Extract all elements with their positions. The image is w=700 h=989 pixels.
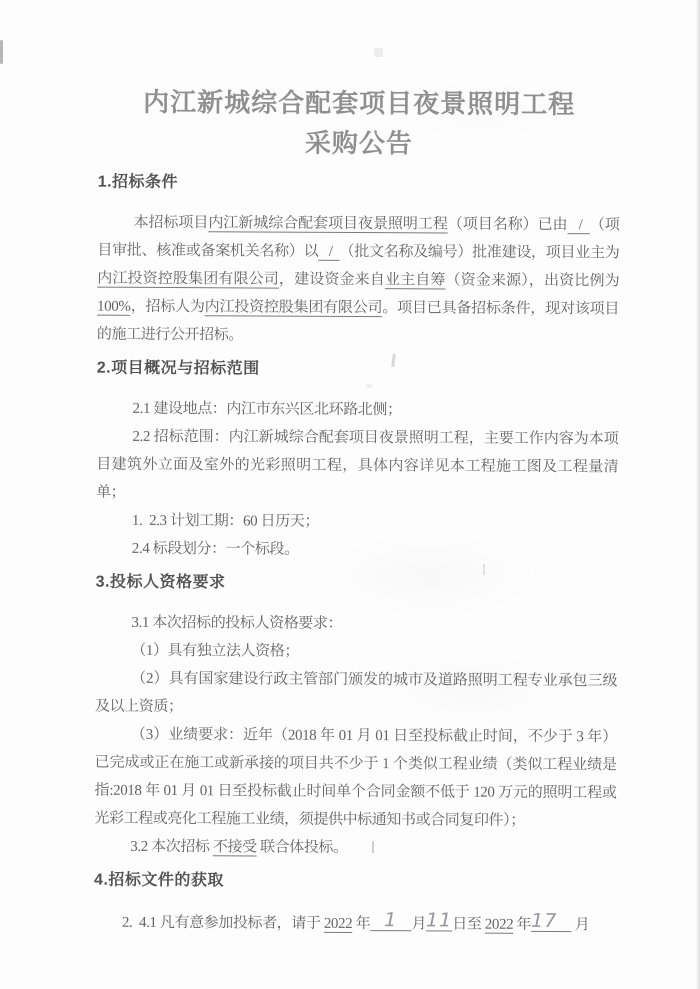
text-run: 联合体投标。	[257, 839, 348, 855]
text-run: ，建设资金来自	[279, 272, 385, 289]
underlined-text: /	[568, 217, 590, 233]
section-tender-conditions: 1.招标条件 本招标项目内江新城综合配套项目夜景照明工程（项目名称）已由 / （…	[97, 171, 620, 352]
document-title-line1: 内江新城综合配套项目夜景照明工程	[98, 83, 620, 126]
paragraph: 3.1 本次招标的投标人资格要求：	[95, 609, 617, 640]
text-run: 月	[571, 917, 589, 933]
underlined-text: 业主自筹	[385, 272, 446, 288]
text-run: 年	[352, 916, 370, 932]
document-title-line2: 采购公告	[98, 123, 620, 166]
text-run: 本招标项目	[133, 215, 208, 231]
text-run: （项目名称）已由	[448, 216, 568, 233]
paragraph: 2. 4.1 凡有意参加投标者，请于 2022 年 1 月11日至 2022 年…	[94, 907, 616, 940]
text-run: （1）具有独立法人资格；	[131, 643, 299, 660]
handwritten-text: 11	[426, 909, 452, 931]
underlined-text: /	[318, 244, 339, 260]
underlined-text: 不接受	[213, 839, 257, 855]
underlined-text: 2022	[485, 917, 513, 933]
paragraph: 1. 2.3 计划工期：60 日历天；	[96, 507, 618, 538]
scan-artifact	[374, 48, 383, 57]
paragraph: 2.1 建设地点：内江市东兴区北环路北侧；	[96, 395, 618, 426]
text-run: 2.2 招标范围：内江新城综合配套项目夜景照明工程，主要工作内容为本项目建筑外立…	[96, 429, 618, 501]
section-heading: 2.项目概况与招标范围	[97, 357, 619, 384]
section-bidder-qualifications: 3.投标人资格要求 3.1 本次招标的投标人资格要求： （1）具有独立法人资格；…	[94, 571, 618, 864]
underlined-text: 内江新城综合配套项目夜景照明工程	[208, 215, 448, 232]
text-run: （3）业绩要求：近年（2018 年 01 月 01 日至投标截止时间，不少于 3…	[94, 727, 617, 829]
text-run: 2.4 标段划分：一个标段。	[132, 541, 299, 558]
text-run: 2. 4.1 凡有意参加投标者，请于	[122, 915, 324, 932]
paragraph: 2.4 标段划分：一个标段。	[96, 535, 618, 566]
section-obtaining-tender-documents: 4.招标文件的获取 2. 4.1 凡有意参加投标者，请于 2022 年 1 月1…	[94, 869, 616, 940]
underlined-text: 2022	[324, 916, 352, 932]
paragraph: 2.2 招标范围：内江新城综合配套项目夜景照明工程，主要工作内容为本项目建筑外立…	[96, 423, 618, 510]
handwritten-text: 1	[370, 909, 411, 931]
text-run: 年	[513, 917, 531, 933]
paragraph: （1）具有独立法人资格；	[95, 637, 617, 668]
section-heading: 3.投标人资格要求	[96, 571, 618, 598]
section-heading: 1.招标条件	[98, 171, 620, 198]
paragraph: 3.2 本次招标 不接受 联合体投标。	[94, 833, 616, 864]
paragraph: 本招标项目内江新城综合配套项目夜景照明工程（项目名称）已由 / （项目审批、核准…	[97, 209, 620, 352]
document-content: 内江新城综合配套项目夜景照明工程 采购公告 1.招标条件 本招标项目内江新城综合…	[94, 83, 620, 940]
section-project-overview-scope: 2.项目概况与招标范围 2.1 建设地点：内江市东兴区北环路北侧； 2.2 招标…	[96, 357, 619, 566]
underlined-text: 内江投资控股集团有限公司	[97, 271, 279, 288]
text-run: （资金来源），出资比例为	[445, 272, 619, 289]
underlined-text: 100%	[97, 299, 130, 315]
text-run: 2.1 建设地点：内江市东兴区北环路北侧；	[132, 401, 401, 418]
handwritten-text: 17	[531, 910, 571, 932]
text-run: 3.1 本次招标的投标人资格要求：	[131, 615, 342, 632]
text-run: （批文名称及编号）批准建设，项目业主为	[340, 244, 620, 261]
document-title: 内江新城综合配套项目夜景照明工程 采购公告	[98, 83, 620, 166]
text-run: 3.2 本次招标	[130, 839, 213, 855]
scan-artifact	[0, 40, 3, 64]
text-run: 月	[411, 916, 426, 932]
text-run: 日至	[452, 917, 485, 933]
paragraph: （2）具有国家建设行政主管部门颁发的城市及道路照明工程专业承包三级及以上资质；	[95, 665, 617, 724]
text-run: ，招标人为	[130, 299, 204, 315]
paragraph: （3）业绩要求：近年（2018 年 01 月 01 日至投标截止时间，不少于 3…	[94, 721, 617, 836]
scanned-document-page: 内江新城综合配套项目夜景照明工程 采购公告 1.招标条件 本招标项目内江新城综合…	[0, 0, 700, 989]
underlined-text: 内江投资控股集团有限公司	[205, 299, 383, 316]
text-run: 1. 2.3 计划工期：60 日历天；	[132, 513, 319, 530]
section-heading: 4.招标文件的获取	[94, 869, 616, 896]
text-run: （2）具有国家建设行政主管部门颁发的城市及道路照明工程专业承包三级及以上资质；	[95, 671, 617, 715]
scan-edge-shadow	[696, 0, 700, 989]
